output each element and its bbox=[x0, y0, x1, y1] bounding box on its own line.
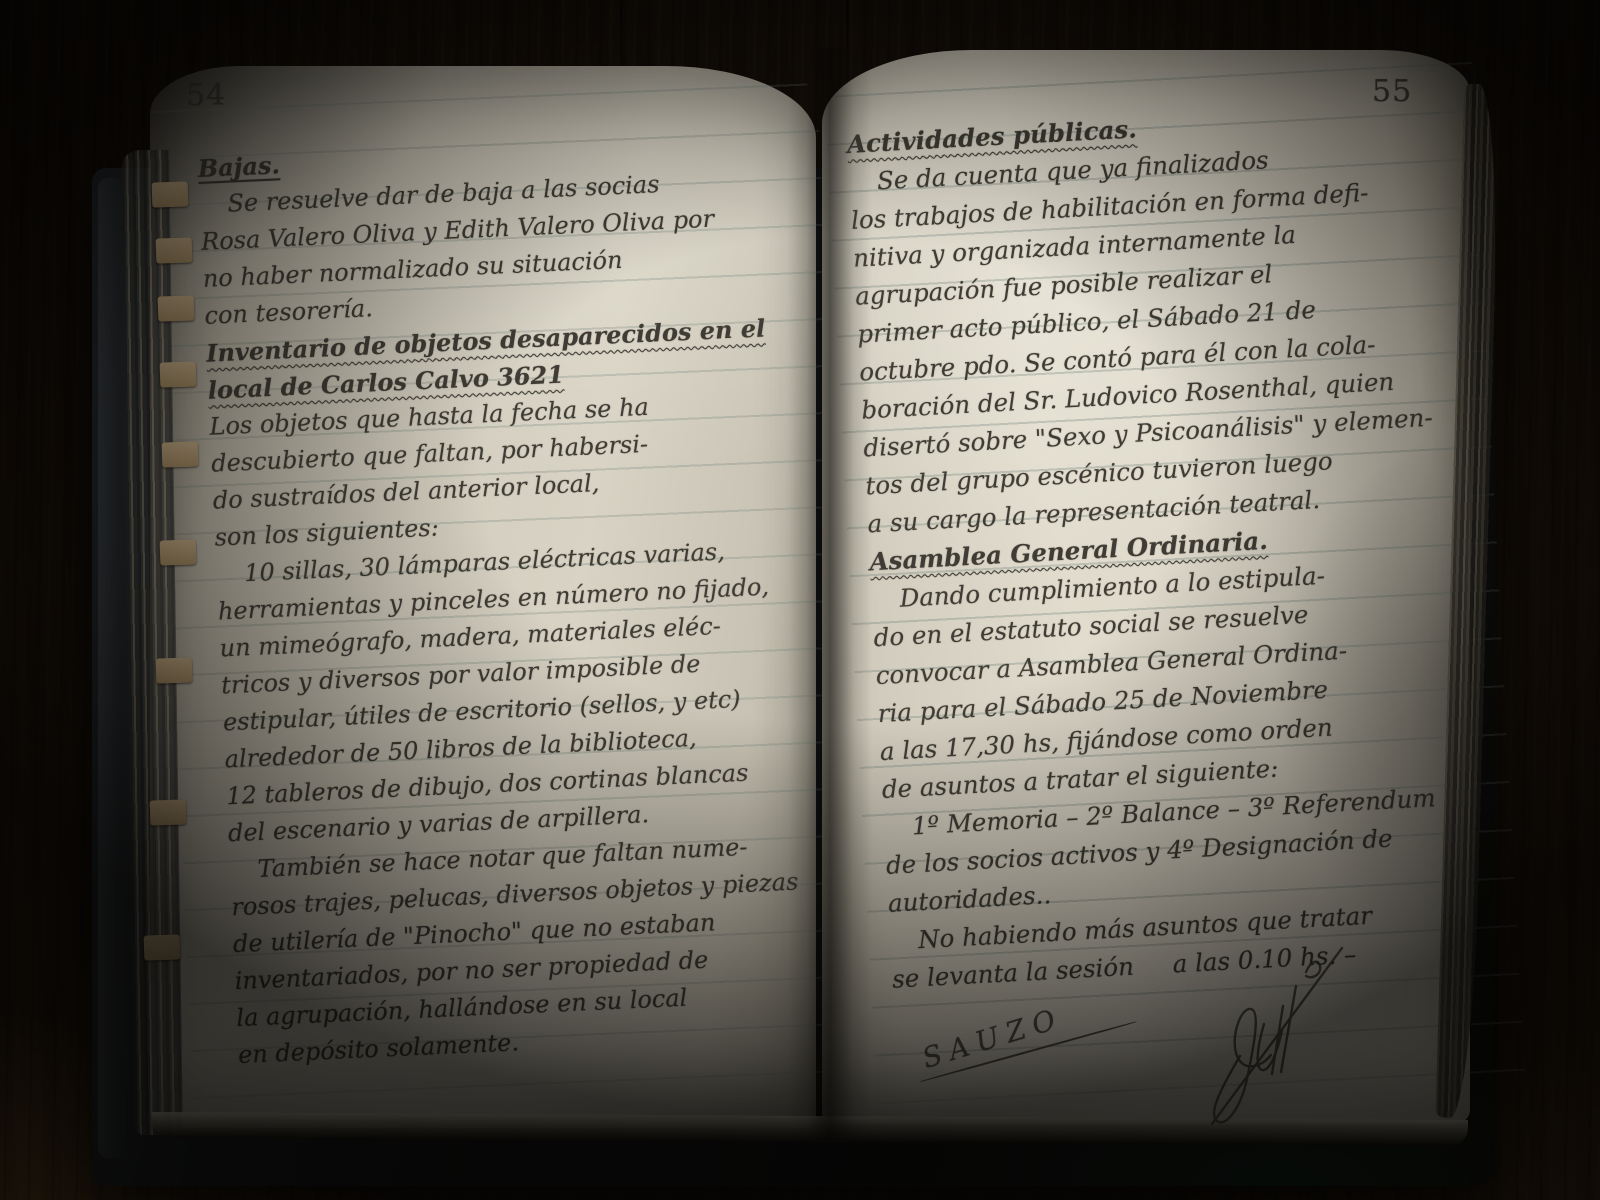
page-number: 54 bbox=[186, 78, 226, 113]
index-tab bbox=[144, 934, 181, 960]
index-tab bbox=[158, 295, 195, 321]
index-tab bbox=[160, 361, 197, 387]
right-page-handwritten-text: Actividades públicas.Se da cuenta que ya… bbox=[846, 94, 1492, 999]
signature-flourish bbox=[1182, 928, 1357, 1133]
photo-of-open-minute-book: 54 55 Bajas.Se resuelve dar de baja a la… bbox=[0, 0, 1600, 1200]
index-tab bbox=[150, 799, 187, 825]
left-page-handwritten-text: Bajas.Se resuelve dar de baja a las soci… bbox=[197, 122, 858, 1074]
index-tab bbox=[162, 441, 199, 467]
index-tab bbox=[152, 181, 189, 207]
index-tab bbox=[156, 657, 193, 683]
index-tab bbox=[156, 237, 193, 263]
index-tab bbox=[160, 539, 197, 565]
